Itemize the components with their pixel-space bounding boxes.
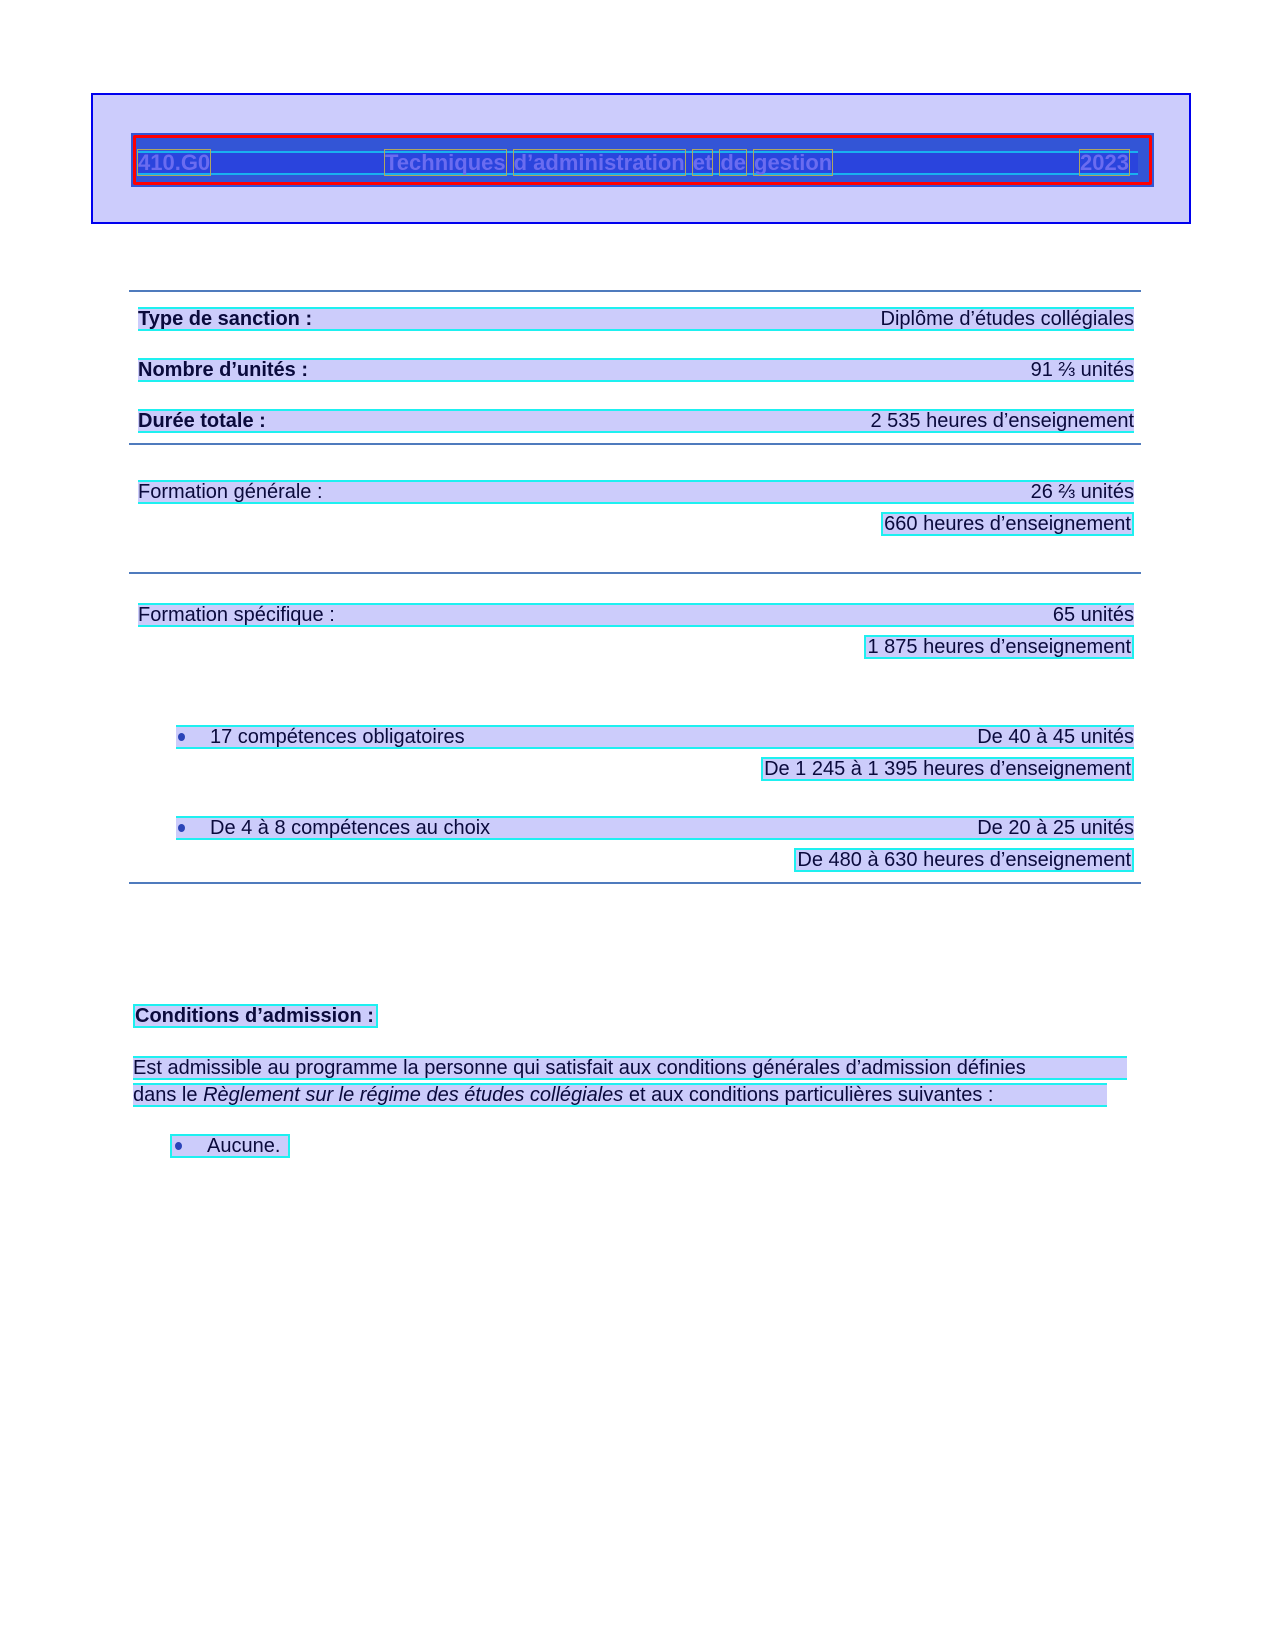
program-code: 410.G0 — [138, 149, 210, 177]
summary-row-units: Nombre d’unités : 91 ⅔ unités — [138, 358, 1134, 382]
list-item: De 4 à 8 compétences au choix De 20 à 25… — [176, 816, 1134, 840]
formation-generale-units: 26 ⅔ unités — [1031, 482, 1134, 502]
program-title: Techniquesd’administrationetdegestion — [385, 149, 840, 177]
admission-condition-item: Aucune. — [170, 1134, 290, 1158]
list-item: 17 compétences obligatoires De 40 à 45 u… — [176, 725, 1134, 749]
summary-row-duration: Durée totale : 2 535 heures d’enseigneme… — [138, 409, 1134, 433]
formation-specifique-hours: 1 875 heures d’enseignement — [864, 635, 1134, 659]
separator — [129, 572, 1141, 574]
title-word: de — [720, 150, 746, 175]
bullet-icon — [175, 1142, 182, 1150]
title-word: d’administration — [514, 150, 685, 175]
title-word: gestion — [754, 150, 832, 175]
formation-specifique-row: Formation spécifique : 65 unités — [138, 603, 1134, 627]
item-label: 17 compétences obligatoires — [210, 727, 465, 747]
item-hours: De 1 245 à 1 395 heures d’enseignement — [761, 757, 1134, 781]
separator — [129, 443, 1141, 445]
admission-text-line-2: dans le Règlement sur le régime des étud… — [133, 1083, 1107, 1107]
regulation-title: Règlement sur le régime des études collé… — [203, 1084, 623, 1106]
bullet-icon — [178, 733, 185, 741]
summary-value: 2 535 heures d’enseignement — [870, 411, 1134, 431]
item-hours: De 480 à 630 heures d’enseignement — [794, 848, 1134, 872]
formation-specifique-units: 65 unités — [1053, 605, 1134, 625]
condition-label: Aucune. — [207, 1136, 280, 1156]
formation-generale-row: Formation générale : 26 ⅔ unités — [138, 480, 1134, 504]
title-word: et — [693, 150, 713, 175]
summary-value: 91 ⅔ unités — [1031, 360, 1134, 380]
formation-generale-label: Formation générale : — [138, 482, 323, 502]
title-word: Techniques — [385, 150, 506, 175]
admission-heading: Conditions d’admission : — [133, 1004, 378, 1028]
separator — [129, 290, 1141, 292]
summary-row-sanction: Type de sanction : Diplôme d’études coll… — [138, 307, 1134, 331]
item-label: De 4 à 8 compétences au choix — [210, 818, 490, 838]
bullet-icon — [178, 824, 185, 832]
summary-label: Nombre d’unités : — [138, 360, 308, 380]
formation-specifique-label: Formation spécifique : — [138, 605, 335, 625]
separator — [129, 882, 1141, 884]
summary-value: Diplôme d’études collégiales — [881, 309, 1134, 329]
summary-label: Durée totale : — [138, 411, 266, 431]
item-units: De 40 à 45 unités — [977, 727, 1134, 747]
program-year: 2023 — [1080, 149, 1129, 177]
summary-label: Type de sanction : — [138, 309, 312, 329]
formation-generale-hours: 660 heures d’enseignement — [881, 512, 1134, 536]
item-units: De 20 à 25 unités — [977, 818, 1134, 838]
admission-text-line-1: Est admissible au programme la personne … — [133, 1056, 1127, 1080]
